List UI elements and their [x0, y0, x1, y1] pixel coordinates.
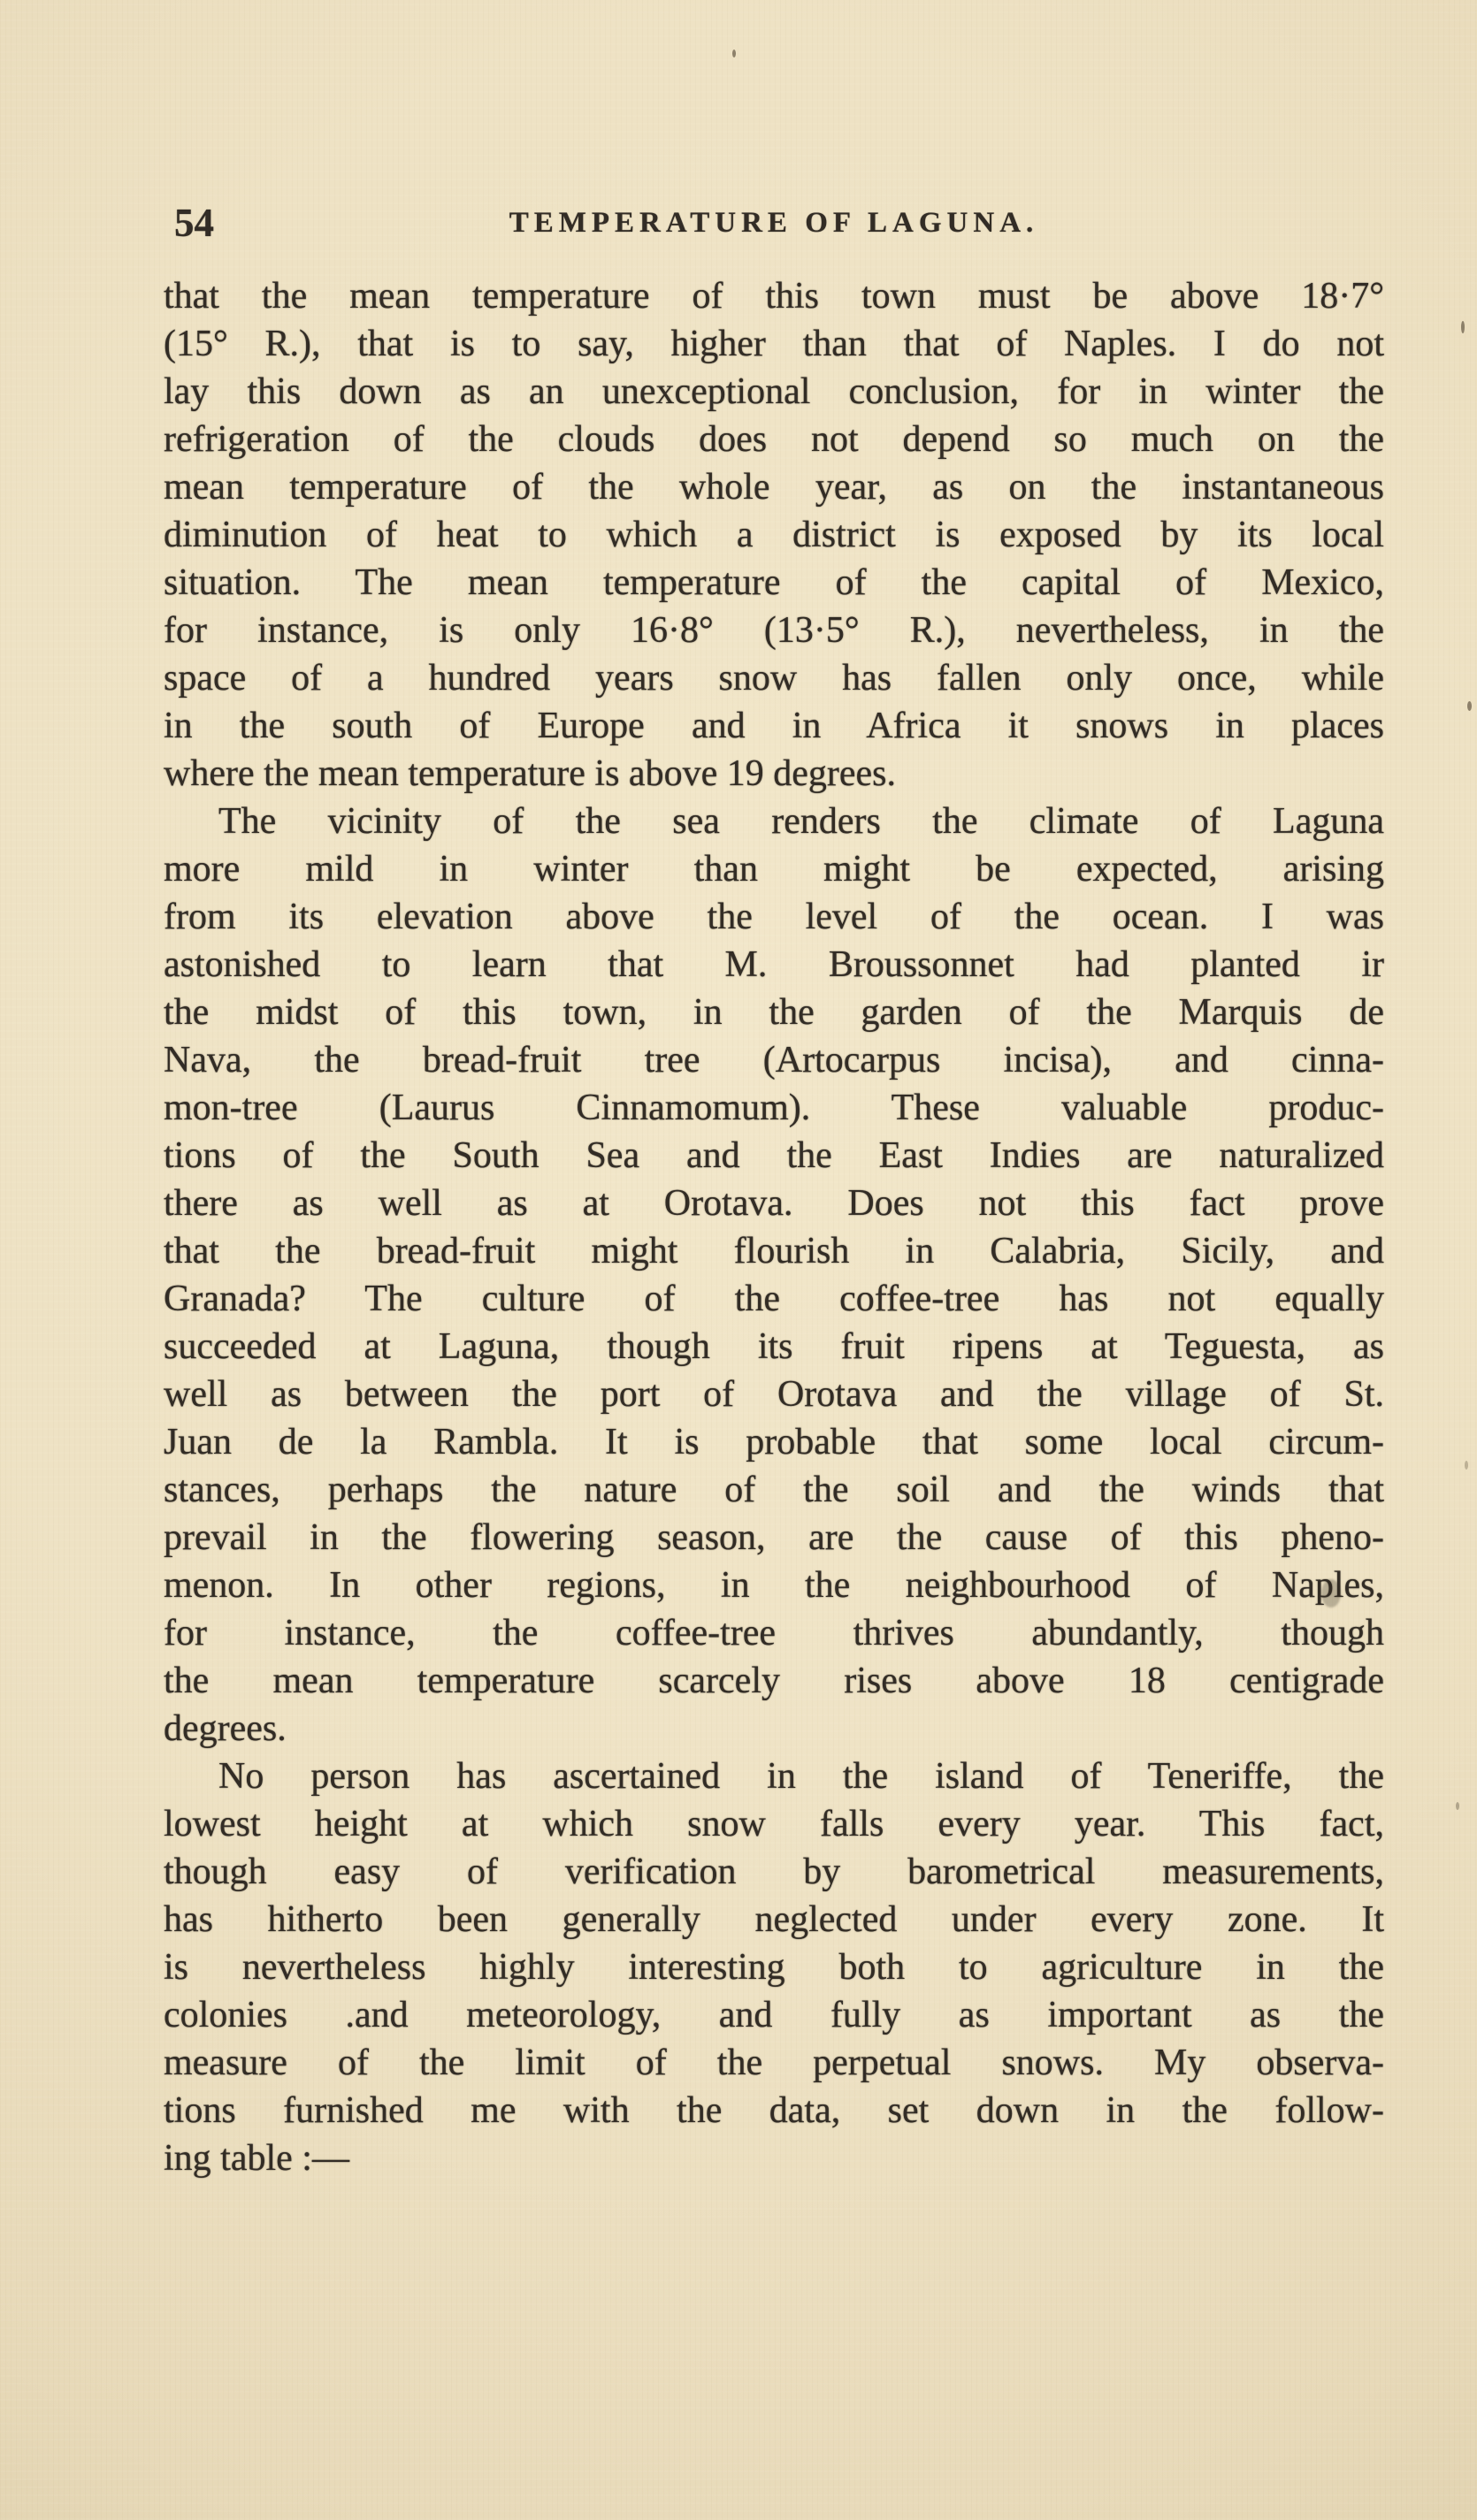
- text-line: No person has ascertained in the island …: [164, 1753, 1384, 1800]
- page-number: 54: [174, 200, 214, 246]
- scanned-book-page: 54 TEMPERATURE OF LAGUNA. that the mean …: [0, 0, 1477, 2520]
- text-line: for instance, the coffee-tree thrives ab…: [164, 1609, 1384, 1657]
- text-line: (15° R.), that is to say, higher than th…: [164, 320, 1384, 368]
- text-line: well as between the port of Orotava and …: [164, 1371, 1384, 1418]
- text-line: lowest height at which snow falls every …: [164, 1800, 1384, 1848]
- ink-speck: [732, 50, 736, 57]
- running-header-title: TEMPERATURE OF LAGUNA.: [164, 200, 1384, 246]
- text-line: Juan de la Rambla. It is probable that s…: [164, 1418, 1384, 1466]
- text-line: ing table :—: [164, 2134, 1384, 2182]
- text-line: diminution of heat to which a district i…: [164, 511, 1384, 559]
- running-header-row: 54 TEMPERATURE OF LAGUNA.: [164, 200, 1384, 246]
- text-line: Nava, the bread-fruit tree (Artocarpus i…: [164, 1036, 1384, 1084]
- text-line: though easy of verification by barometri…: [164, 1848, 1384, 1896]
- text-line: is nevertheless highly interesting both …: [164, 1943, 1384, 1991]
- text-line: where the mean temperature is above 19 d…: [164, 750, 1384, 798]
- text-line: for instance, is only 16·8° (13·5° R.), …: [164, 607, 1384, 654]
- text-line: the midst of this town, in the garden of…: [164, 989, 1384, 1036]
- text-line: that the bread-fruit might flourish in C…: [164, 1227, 1384, 1275]
- body-text: that the mean temperature of this town m…: [164, 272, 1384, 2182]
- text-line: space of a hundred years snow has fallen…: [164, 654, 1384, 702]
- text-line: succeeded at Laguna, though its fruit ri…: [164, 1323, 1384, 1371]
- text-line: mon-tree (Laurus Cinnamomum). These valu…: [164, 1084, 1384, 1132]
- text-line: menon. In other regions, in the neighbou…: [164, 1562, 1384, 1609]
- text-line: the mean temperature scarcely rises abov…: [164, 1657, 1384, 1705]
- text-line: has hitherto been generally neglected un…: [164, 1896, 1384, 1943]
- text-line: from its elevation above the level of th…: [164, 893, 1384, 941]
- ink-speck: [1467, 701, 1472, 711]
- text-line: in the south of Europe and in Africa it …: [164, 702, 1384, 750]
- text-line: tions furnished me with the data, set do…: [164, 2087, 1384, 2134]
- text-line: tions of the South Sea and the East Indi…: [164, 1132, 1384, 1180]
- ink-blot: [1321, 1579, 1341, 1607]
- ink-speck: [1465, 1461, 1468, 1470]
- text-line: colonies .and meteorology, and fully as …: [164, 1991, 1384, 2039]
- text-line: prevail in the flowering season, are the…: [164, 1514, 1384, 1562]
- text-line: lay this down as an unexceptional conclu…: [164, 368, 1384, 416]
- paragraph: that the mean temperature of this town m…: [164, 272, 1384, 798]
- text-line: measure of the limit of the perpetual sn…: [164, 2039, 1384, 2087]
- text-line: that the mean temperature of this town m…: [164, 272, 1384, 320]
- text-line: astonished to learn that M. Broussonnet …: [164, 941, 1384, 989]
- text-line: The vicinity of the sea renders the clim…: [164, 798, 1384, 845]
- text-line: stances, perhaps the nature of the soil …: [164, 1466, 1384, 1514]
- paragraph: The vicinity of the sea renders the clim…: [164, 798, 1384, 1753]
- paragraph: No person has ascertained in the island …: [164, 1753, 1384, 2182]
- text-line: mean temperature of the whole year, as o…: [164, 463, 1384, 511]
- ink-speck: [1456, 1802, 1459, 1810]
- text-line: Granada? The culture of the coffee-tree …: [164, 1275, 1384, 1323]
- text-line: situation. The mean temperature of the c…: [164, 559, 1384, 607]
- ink-speck: [1461, 321, 1465, 333]
- text-line: refrigeration of the clouds does not dep…: [164, 416, 1384, 463]
- text-line: more mild in winter than might be expect…: [164, 845, 1384, 893]
- text-line: degrees.: [164, 1705, 1384, 1753]
- text-line: there as well as at Orotava. Does not th…: [164, 1180, 1384, 1227]
